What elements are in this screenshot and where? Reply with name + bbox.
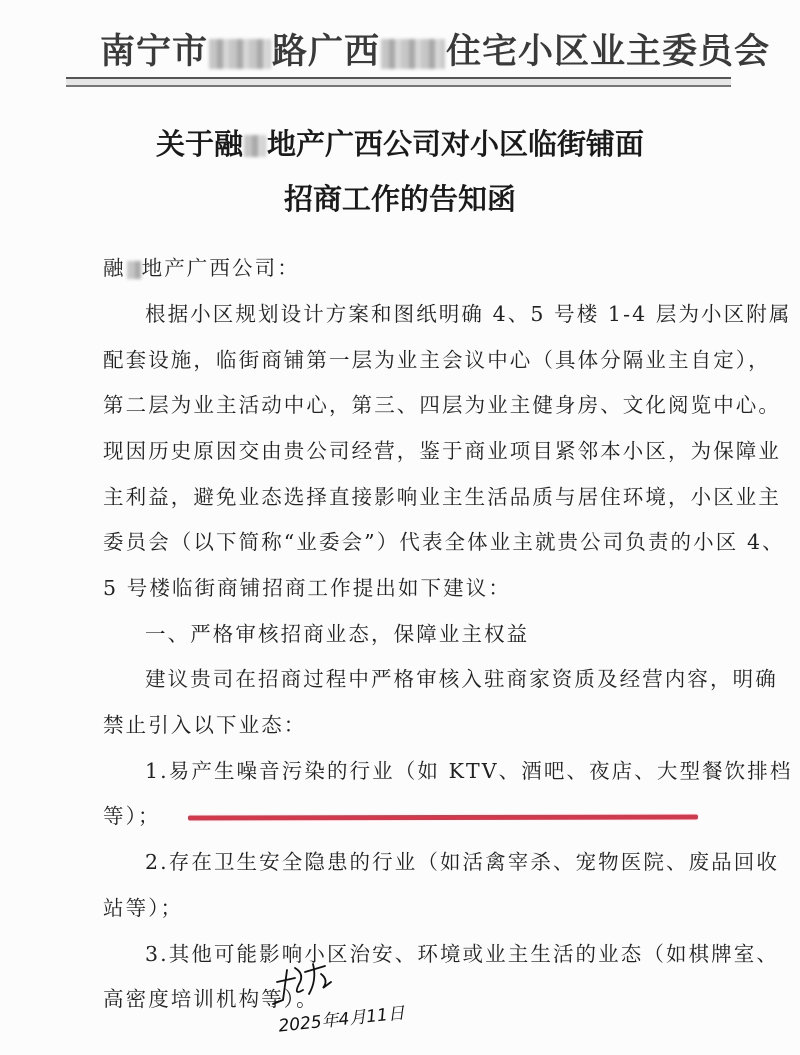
redacted-block [127, 261, 141, 279]
document-title-line-1: 关于融地产广西公司对小区临街铺面 [0, 122, 800, 163]
paragraph-line: 配套设施，临街商铺第一层为业主会议中心（具体分隔业主自定）， [103, 346, 703, 374]
org-header: 南宁市路广西住宅小区业主委员会 [100, 24, 700, 74]
paragraph-line: 第二层为业主活动中心，第三、四层为业主健身房、文化阅览中心。 [103, 391, 703, 419]
salutation-suffix: 地产广西公司： [142, 256, 300, 280]
salutation: 融地产广西公司： [103, 254, 703, 282]
section-heading: 一、严格审核招商业态，保障业主权益 [145, 620, 745, 648]
document-title-line-2: 招商工作的告知函 [0, 177, 800, 218]
red-highlight-underline [188, 815, 698, 821]
list-item-1: 1.易产生噪音污染的行业（如 KTV、酒吧、夜店、大型餐饮排档 [145, 757, 745, 785]
paragraph-line: 主利益，避免业态选择直接影响业主生活品质与居住环境，小区业主 [103, 483, 703, 511]
list-item-2: 2.存在卫生安全隐患的行业（如活禽宰杀、宠物医院、废品回收 [145, 848, 745, 876]
org-name-prefix: 南宁市 [100, 31, 208, 72]
title-prefix: 关于融 [156, 127, 243, 161]
redacted-block [209, 39, 271, 69]
salutation-prefix: 融 [103, 256, 126, 280]
org-name-mid: 路广西 [272, 31, 380, 72]
paragraph-line: 现因历史原因交由贵公司经营，鉴于商业项目紧邻本小区，为保障业 [103, 437, 703, 465]
org-name-suffix: 住宅小区业主委员会 [446, 31, 770, 72]
list-item-2-cont: 站等）； [103, 894, 703, 922]
redacted-block [244, 135, 266, 157]
header-double-rule [66, 77, 731, 87]
paragraph-line: 根据小区规划设计方案和图纸明确 4、5 号楼 1-4 层为小区附属 [145, 300, 745, 328]
title-suffix: 地产广西公司对小区临街铺面 [267, 127, 644, 161]
paragraph-line: 5 号楼临街商铺招商工作提出如下建议： [103, 574, 703, 602]
redacted-block [381, 39, 445, 69]
paragraph-line: 禁止引入以下业态： [103, 711, 703, 739]
list-item-3: 3.其他可能影响小区治安、环境或业主生活的业态（如棋牌室、 [145, 940, 745, 968]
document-page: 南宁市路广西住宅小区业主委员会 关于融地产广西公司对小区临街铺面 招商工作的告知… [0, 0, 800, 1055]
paragraph-line: 委员会（以下简称“业委会”）代表全体业主就贵公司负责的小区 4、 [103, 528, 703, 556]
paragraph-line: 建议贵司在招商过程中严格审核入驻商家资质及经营内容，明确 [145, 665, 745, 693]
